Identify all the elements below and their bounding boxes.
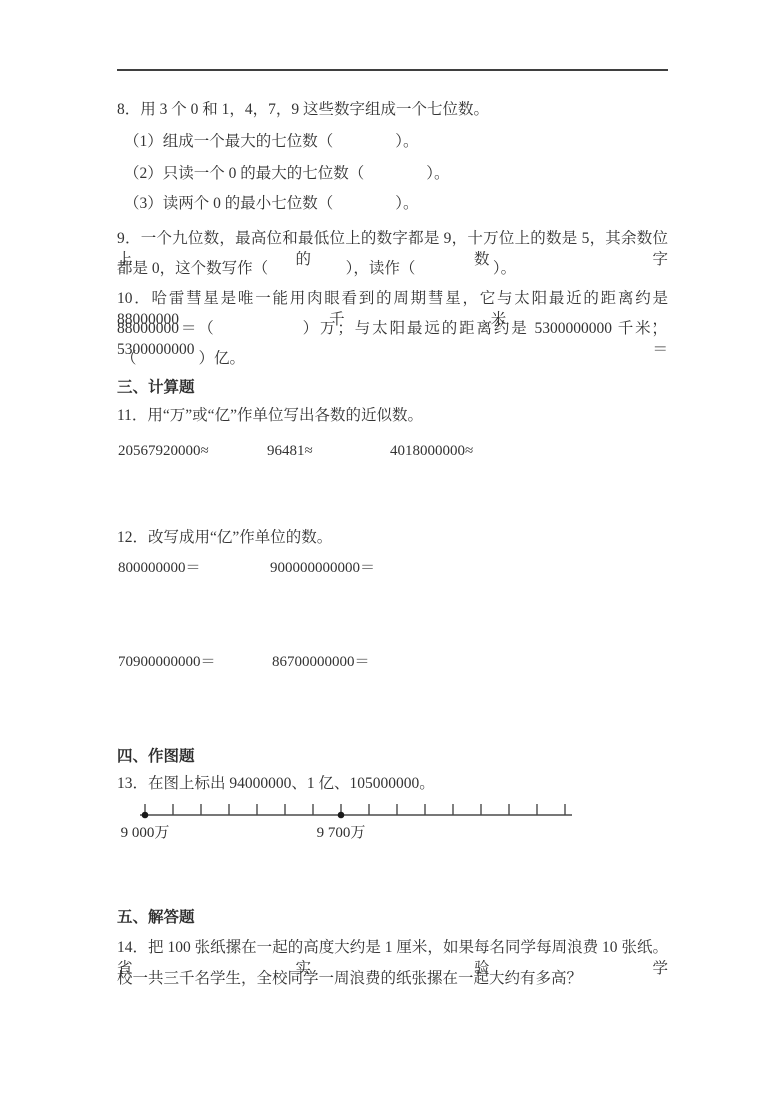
question-12-stem: 12．改写成用“亿”作单位的数。: [117, 527, 670, 548]
number-line-ticks: [145, 804, 565, 815]
question-8-sub2: （2）只读一个 0 的最大的七位数（ ）。: [124, 163, 677, 184]
question-11-stem: 11．用“万”或“亿”作单位写出各数的近似数。: [117, 405, 670, 426]
question-12-item-1: 800000000＝: [118, 558, 201, 578]
number-line-label-left: 9 000万: [121, 825, 170, 841]
question-9-line2: 都是 0，这个数写作（ ），读作（ ）。: [117, 258, 670, 279]
question-8-sub3: （3）读两个 0 的最小七位数（ ）。: [124, 193, 677, 214]
section-3-heading: 三、计算题: [117, 377, 670, 398]
question-12-item-2: 900000000000＝: [270, 558, 375, 578]
question-11-item-2: 96481≈: [267, 441, 313, 461]
question-12-item-3: 70900000000＝: [118, 652, 216, 672]
header-rule: [117, 69, 668, 71]
number-line-point: [142, 812, 149, 819]
number-line-label-mid: 9 700万: [317, 825, 366, 841]
question-14-line2: 校一共三千名学生，全校同学一周浪费的纸张摞在一起大约有多高？: [117, 968, 670, 989]
question-11-item-3: 4018000000≈: [390, 441, 473, 461]
section-5-heading: 五、解答题: [117, 907, 670, 928]
question-11-item-1: 20567920000≈: [118, 441, 209, 461]
number-line-point: [338, 812, 345, 819]
section-4-heading: 四、作图题: [117, 746, 670, 767]
worksheet-page: 8．用 3 个 0 和 1，4，7，9 这些数字组成一个七位数。 （1）组成一个…: [0, 0, 780, 1103]
number-line: 9 000万 9 700万: [110, 797, 580, 847]
question-8-stem: 8．用 3 个 0 和 1，4，7，9 这些数字组成一个七位数。: [117, 99, 670, 120]
question-8-sub1: （1）组成一个最大的七位数（ ）。: [124, 131, 677, 152]
question-13-stem: 13．在图上标出 94000000、1 亿、105000000。: [117, 773, 670, 794]
question-12-item-4: 86700000000＝: [272, 652, 370, 672]
question-10-line3: （ ）亿。: [121, 348, 674, 369]
